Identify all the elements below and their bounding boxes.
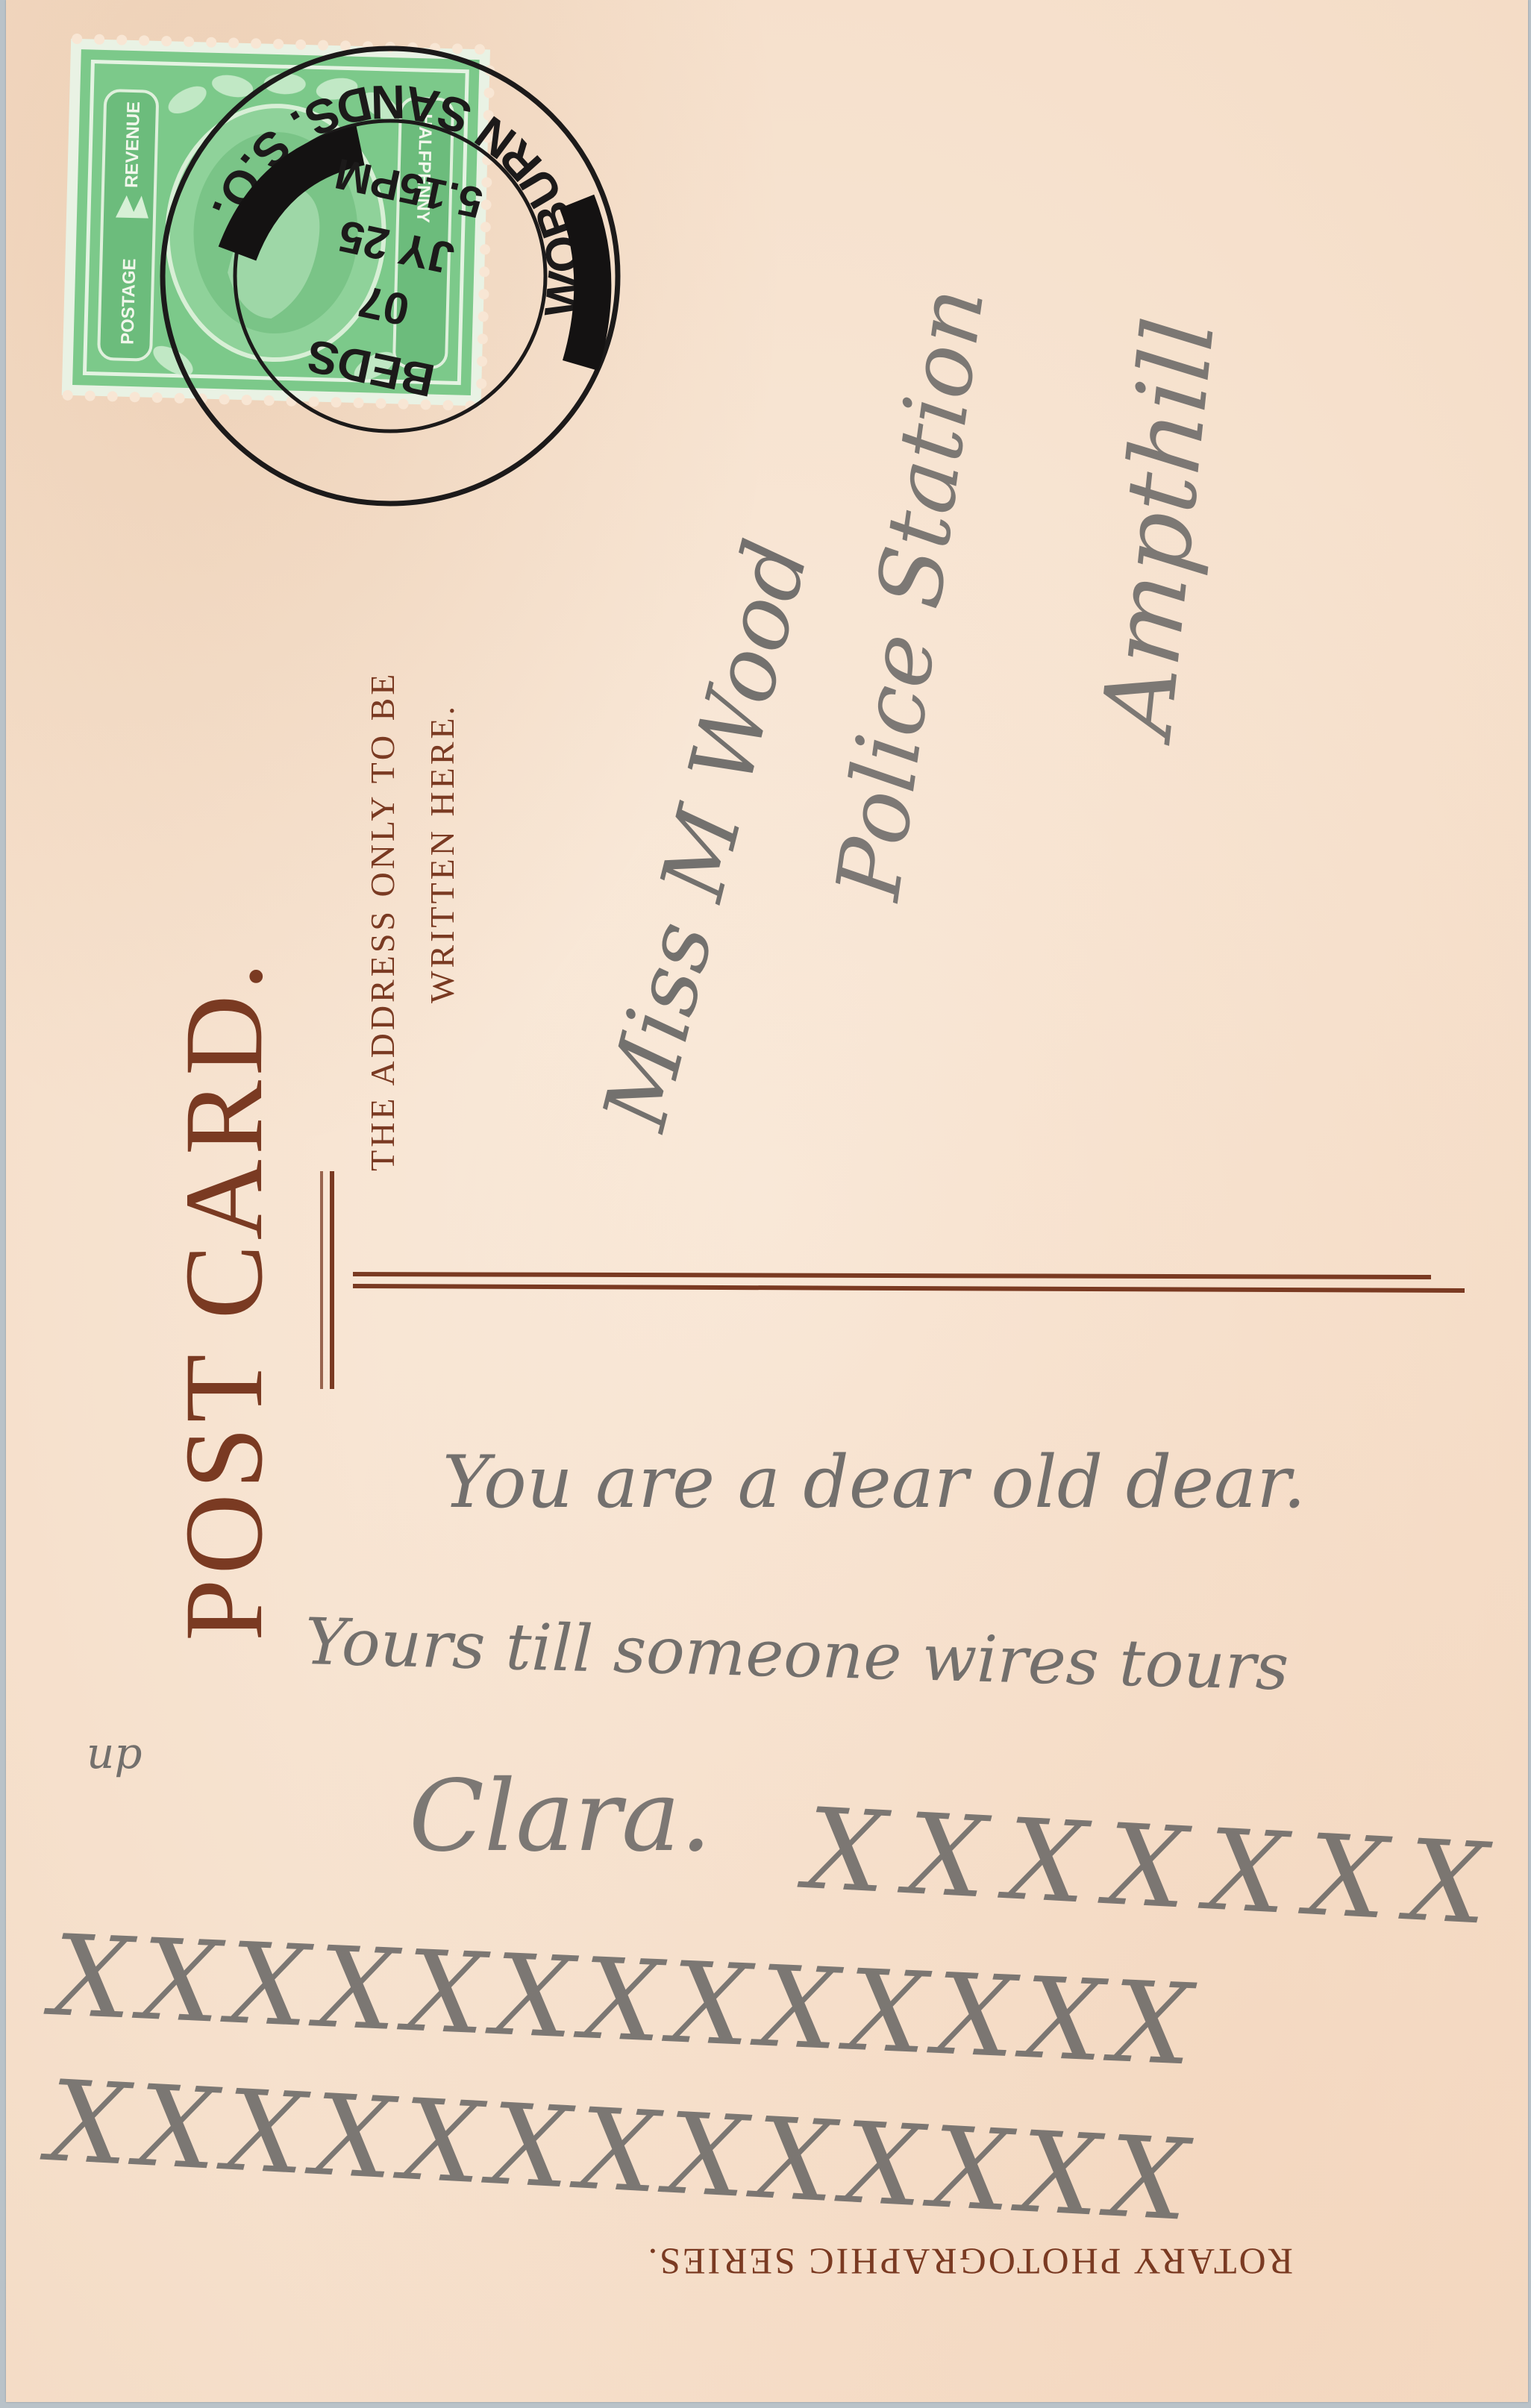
postcard-heading: POST CARD. xyxy=(162,958,286,1641)
address-line-town: Ampthill xyxy=(1080,313,1237,748)
kisses: X X X X X X X X X X X X X X X X X X X X … xyxy=(38,1784,1494,2247)
postcard-canvas: POST CARD. THE ADDRESS ONLY TO BE WRITTE… xyxy=(6,0,1528,2402)
address-instruction-line1: THE ADDRESS ONLY TO BE xyxy=(363,671,401,1171)
message-line-1: You are a dear old dear. xyxy=(442,1440,1306,1524)
stamp-label-left: POSTAGE xyxy=(118,258,140,345)
divider-lines xyxy=(322,1171,1465,1389)
kisses-row-3: X X X X X X X X X X X X X xyxy=(38,2057,1195,2247)
message-line-2: Yours till someone wires tours xyxy=(304,1605,1289,1705)
message-line-3: up xyxy=(87,1728,142,1778)
address-instruction-line2: WRITTEN HERE. xyxy=(423,703,461,1003)
message-signature: Clara. xyxy=(409,1759,712,1874)
kisses-row-1: X X X X X X X xyxy=(795,1784,1494,1950)
postmark-bar-right xyxy=(577,201,592,366)
address-line-recipient: Miss M Wood xyxy=(583,530,828,1141)
publisher-imprint: ROTARY PHOTOGRAPHIC SERIES. xyxy=(646,2241,1293,2283)
postcard-back: POST CARD. THE ADDRESS ONLY TO BE WRITTE… xyxy=(6,0,1528,2402)
postmark-year: 07 xyxy=(354,276,413,335)
stamp-label-top: REVENUE xyxy=(122,101,144,189)
kisses-row-2: X X X X X X X X X X X X X xyxy=(42,1911,1198,2091)
address-line-street: Police Station xyxy=(816,281,1004,907)
